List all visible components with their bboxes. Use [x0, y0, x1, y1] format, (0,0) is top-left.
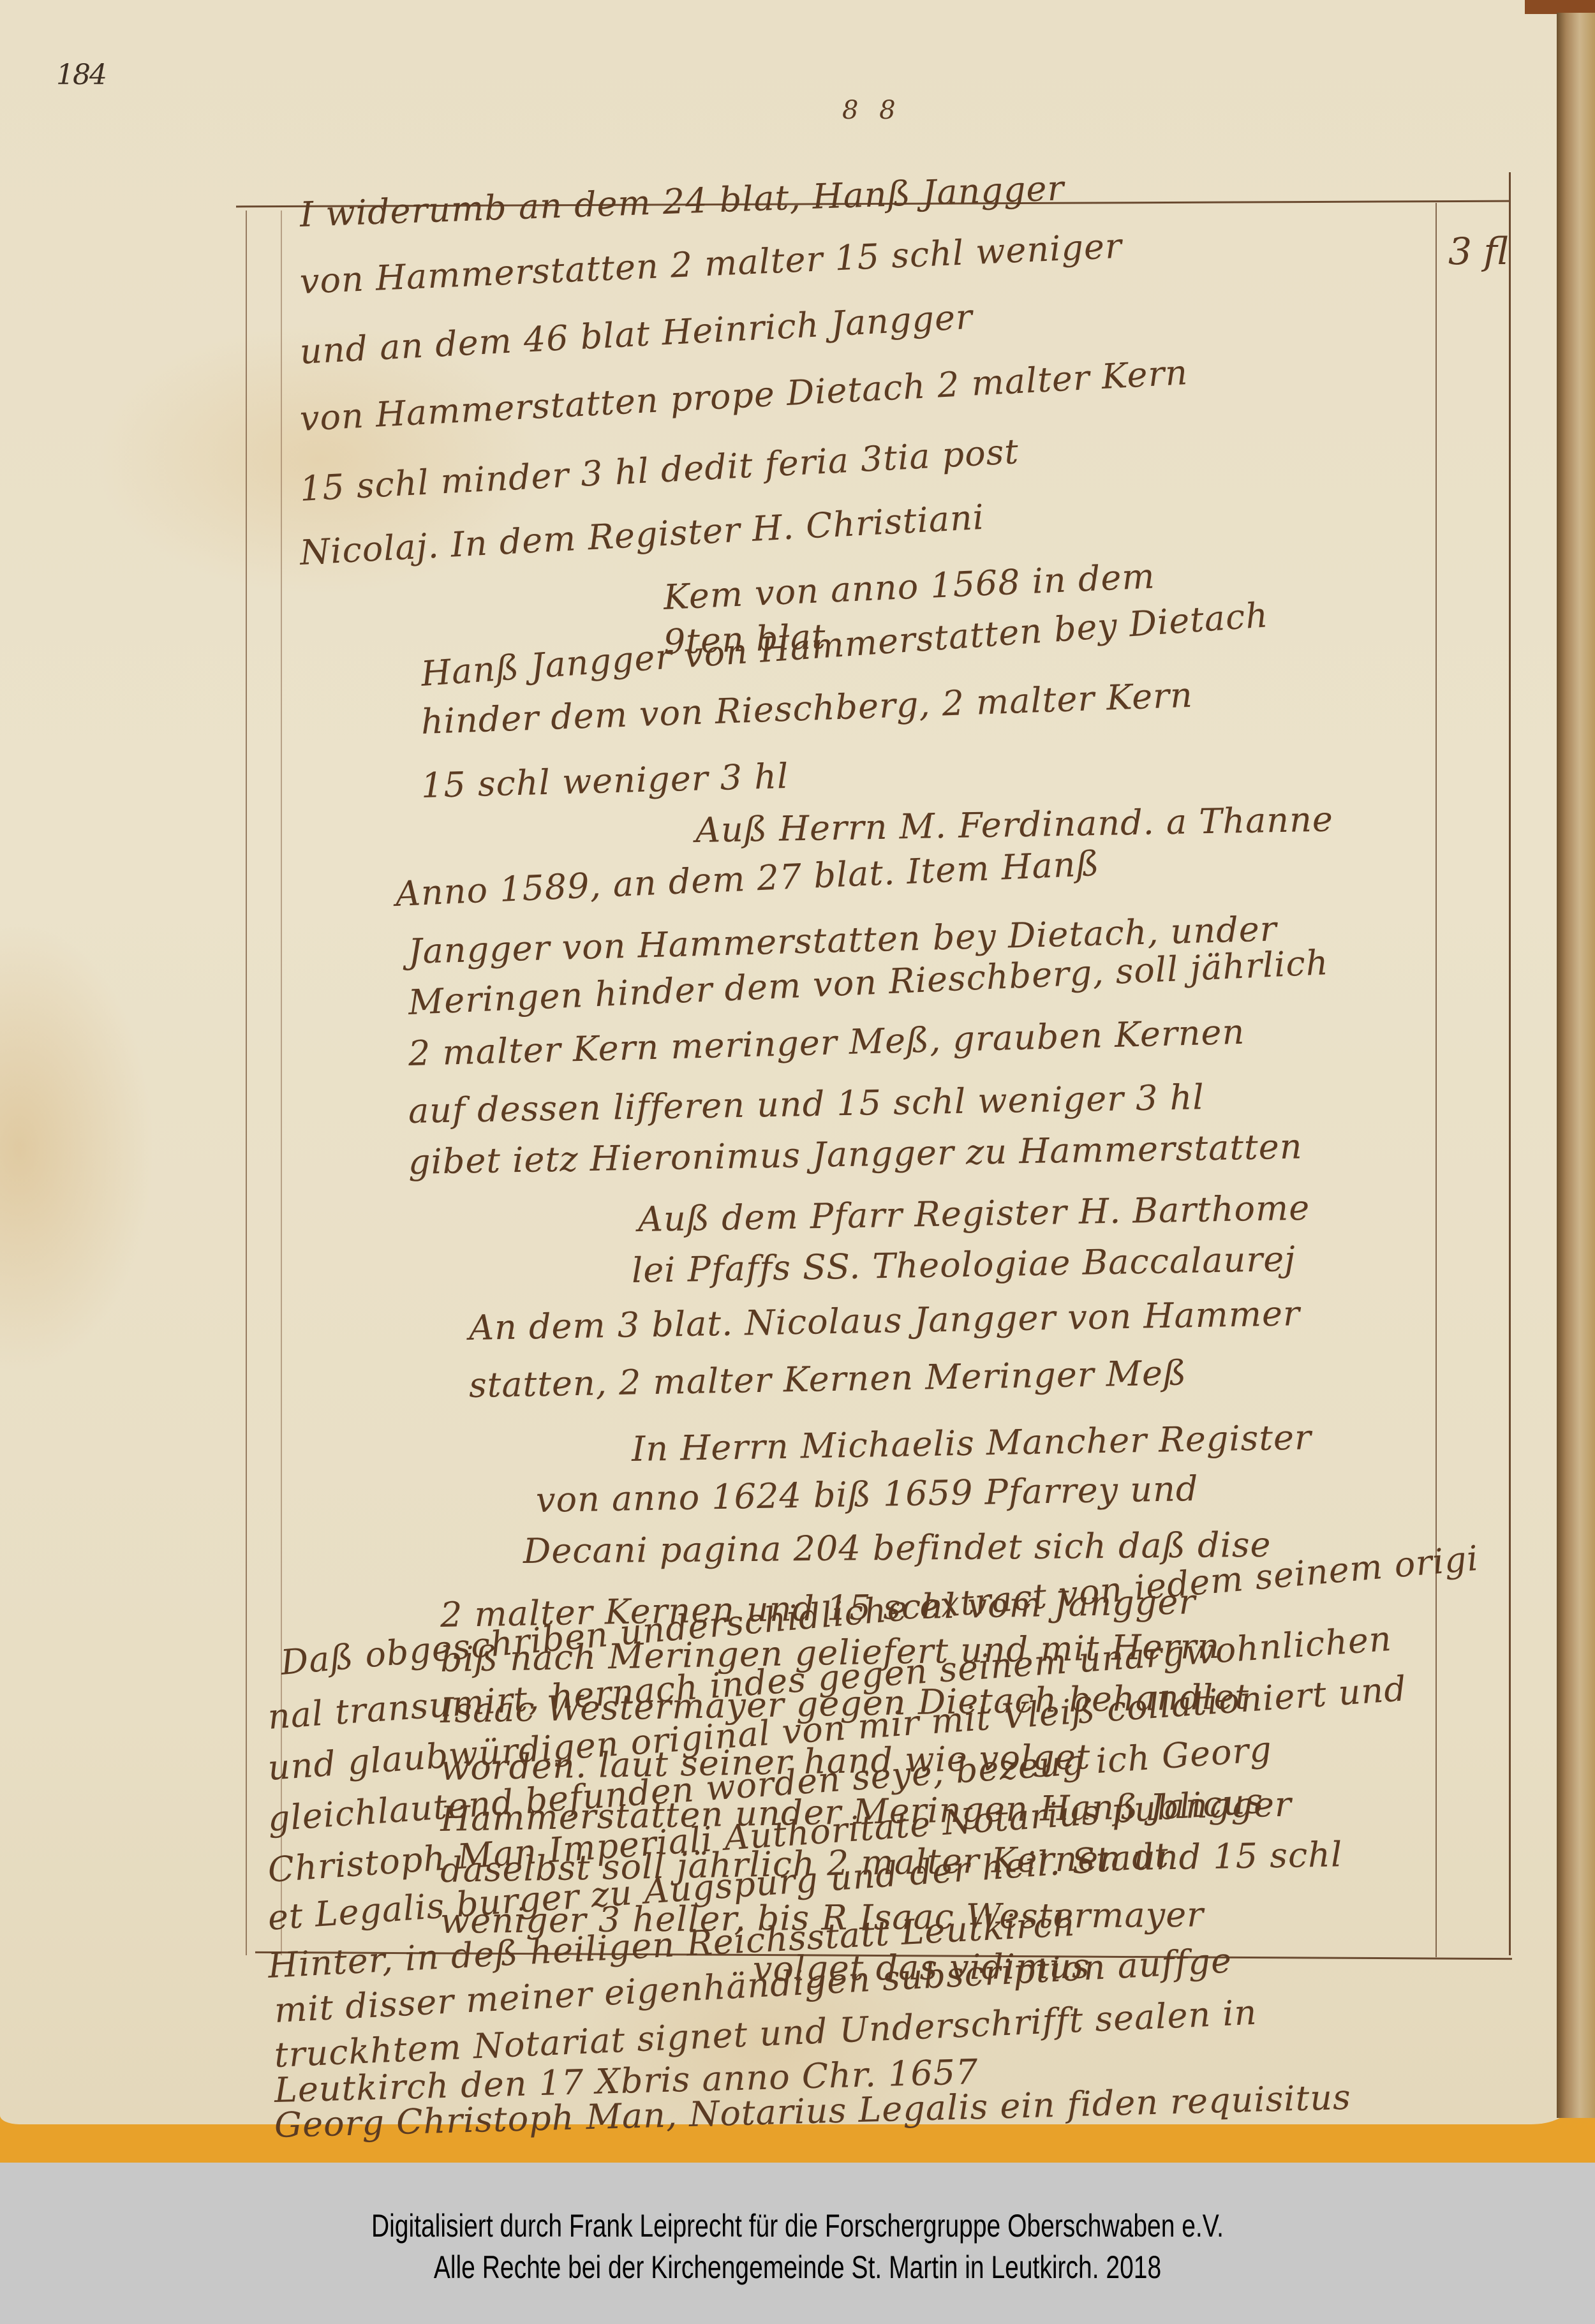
manuscript-line: In Herrn Michaelis Mancher Register: [631, 1417, 1312, 1469]
manuscript-line: von Hammerstatten 2 malter 15 schl wenig…: [299, 226, 1123, 302]
binding-shadow: [1557, 13, 1595, 2118]
manuscript-line: Decani pagina 204 befindet sich daß dise: [523, 1525, 1272, 1571]
manuscript-line: 15 schl minder 3 hl dedit feria 3tia pos…: [299, 431, 1020, 509]
manuscript-line: auf dessen lifferen und 15 schl weniger …: [408, 1077, 1205, 1131]
caption-credit: Digitalisiert durch Frank Leiprecht für …: [175, 2207, 1420, 2244]
manuscript-line: Auß Herrn M. Ferdinand. a Thanne: [695, 799, 1333, 850]
manuscript-line: von Hammerstatten prope Dietach 2 malter…: [299, 352, 1189, 439]
manuscript-page: 184 8 8 3 fl I widerumb an dem 24 blat, …: [0, 0, 1569, 2124]
manuscript-line: von anno 1624 biß 1659 Pfarrey und: [535, 1469, 1198, 1520]
handwritten-text: I widerumb an dem 24 blat, Hanß Janggerv…: [0, 0, 1595, 2124]
manuscript-line: Auß dem Pfarr Register H. Barthome: [637, 1188, 1310, 1240]
manuscript-line: gibet ietz Hieronimus Jangger zu Hammers…: [408, 1127, 1303, 1182]
manuscript-line: I widerumb an dem 24 blat, Hanß Jangger: [299, 168, 1065, 235]
manuscript-line: lei Pfaffs SS. Theologiae Baccalaurej: [631, 1239, 1296, 1291]
manuscript-line: und an dem 46 blat Heinrich Jangger: [299, 297, 974, 372]
binding-edge-top: [1525, 0, 1595, 14]
manuscript-line: 15 schl weniger 3 hl: [420, 756, 789, 806]
manuscript-line: Anno 1589, an dem 27 blat. Item Hanß: [395, 843, 1101, 914]
manuscript-line: 2 malter Kern meringer Meß, grauben Kern…: [408, 1012, 1245, 1074]
manuscript-line: statten, 2 malter Kernen Meringer Meß: [468, 1352, 1187, 1405]
manuscript-line: An dem 3 blat. Nicolaus Jangger von Hamm…: [468, 1293, 1300, 1348]
manuscript-line: Nicolaj. In dem Register H. Christiani: [299, 497, 985, 573]
caption-rights: Alle Rechte bei der Kirchengemeinde St. …: [175, 2249, 1420, 2286]
caption-bar: Digitalisiert durch Frank Leiprecht für …: [0, 2163, 1595, 2324]
